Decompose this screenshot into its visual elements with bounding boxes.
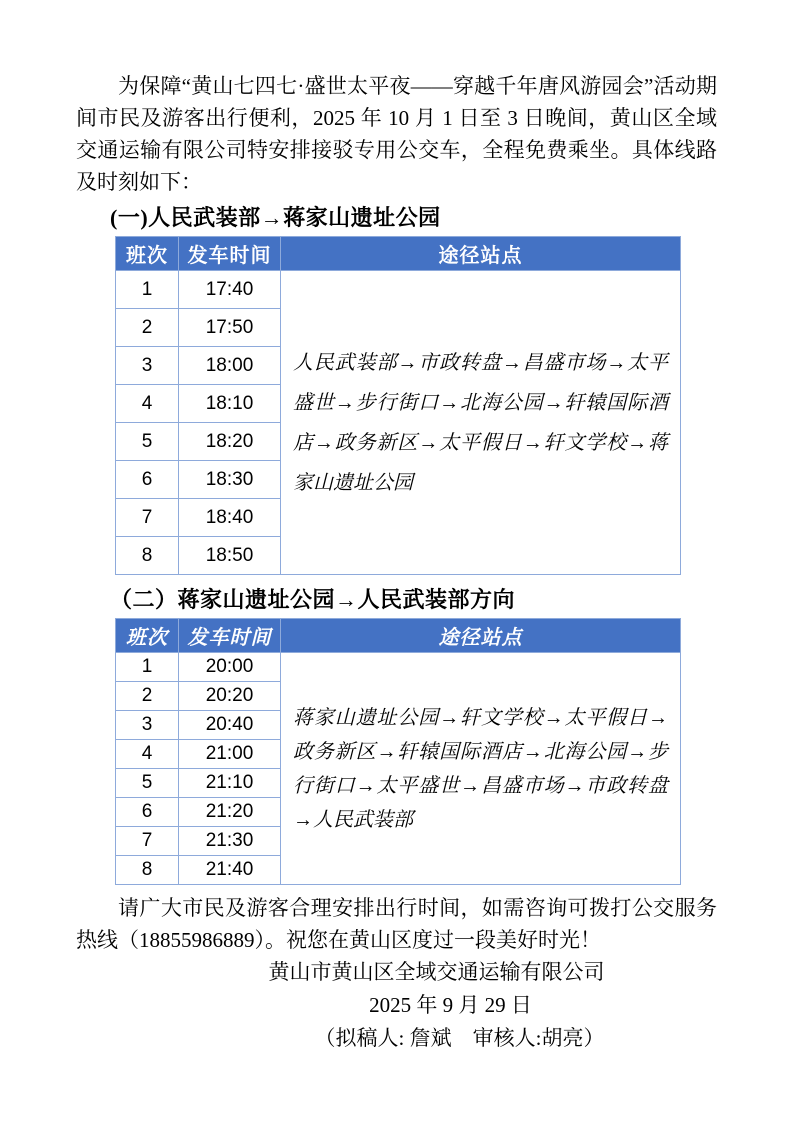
trip-number-cell: 6 bbox=[116, 798, 179, 827]
col-header: 班次 bbox=[116, 619, 179, 653]
departure-time-cell: 17:40 bbox=[179, 271, 281, 309]
trip-number-cell: 2 bbox=[116, 682, 179, 711]
col-header: 途径站点 bbox=[281, 619, 681, 653]
route-stops-cell: 人民武装部→市政转盘→昌盛市场→太平盛世→步行街口→北海公园→轩辕国际酒店→政务… bbox=[281, 271, 681, 575]
schedule-table-2: 班次发车时间途径站点120:00蒋家山遗址公园→轩文学校→太平假日→政务新区→轩… bbox=[115, 618, 681, 885]
departure-time-cell: 18:00 bbox=[179, 347, 281, 385]
departure-time-cell: 21:00 bbox=[179, 740, 281, 769]
departure-time-cell: 18:20 bbox=[179, 423, 281, 461]
intro-paragraph: 为保障“黄山七四七·盛世太平夜——穿越千年唐风游园会”活动期间市民及游客出行便利… bbox=[76, 70, 717, 198]
table-header-row: 班次发车时间途径站点 bbox=[116, 237, 681, 271]
signature-date: 2025 年 9 月 29 日 bbox=[76, 989, 717, 1022]
trip-number-cell: 7 bbox=[116, 827, 179, 856]
closing-paragraph: 请广大市民及游客合理安排出行时间，如需咨询可拨打公交服务热线（188559868… bbox=[76, 892, 717, 956]
col-header: 班次 bbox=[116, 237, 179, 271]
schedule-table-1: 班次发车时间途径站点117:40人民武装部→市政转盘→昌盛市场→太平盛世→步行街… bbox=[115, 236, 681, 575]
trip-number-cell: 8 bbox=[116, 537, 179, 575]
section-heading-2: （二）蒋家山遗址公园→人民武装部方向 bbox=[110, 583, 717, 614]
section-heading-1: (一)人民武装部→蒋家山遗址公园 bbox=[110, 201, 717, 232]
departure-time-cell: 17:50 bbox=[179, 309, 281, 347]
trip-number-cell: 4 bbox=[116, 740, 179, 769]
col-header: 发车时间 bbox=[179, 237, 281, 271]
col-header: 发车时间 bbox=[179, 619, 281, 653]
trip-number-cell: 3 bbox=[116, 347, 179, 385]
trip-number-cell: 5 bbox=[116, 423, 179, 461]
trip-number-cell: 1 bbox=[116, 271, 179, 309]
table-row: 117:40人民武装部→市政转盘→昌盛市场→太平盛世→步行街口→北海公园→轩辕国… bbox=[116, 271, 681, 309]
trip-number-cell: 2 bbox=[116, 309, 179, 347]
departure-time-cell: 21:10 bbox=[179, 769, 281, 798]
signature-drafter: （拟稿人: 詹斌 审核人:胡亮） bbox=[76, 1022, 717, 1055]
trip-number-cell: 8 bbox=[116, 856, 179, 885]
departure-time-cell: 20:40 bbox=[179, 711, 281, 740]
departure-time-cell: 21:20 bbox=[179, 798, 281, 827]
trip-number-cell: 1 bbox=[116, 653, 179, 682]
departure-time-cell: 21:40 bbox=[179, 856, 281, 885]
departure-time-cell: 18:50 bbox=[179, 537, 281, 575]
trip-number-cell: 4 bbox=[116, 385, 179, 423]
departure-time-cell: 18:30 bbox=[179, 461, 281, 499]
route-stops-cell: 蒋家山遗址公园→轩文学校→太平假日→政务新区→轩辕国际酒店→北海公园→步行街口→… bbox=[281, 653, 681, 885]
departure-time-cell: 21:30 bbox=[179, 827, 281, 856]
trip-number-cell: 5 bbox=[116, 769, 179, 798]
trip-number-cell: 3 bbox=[116, 711, 179, 740]
table-header-row: 班次发车时间途径站点 bbox=[116, 619, 681, 653]
col-header: 途径站点 bbox=[281, 237, 681, 271]
departure-time-cell: 20:00 bbox=[179, 653, 281, 682]
signature-company: 黄山市黄山区全域交通运输有限公司 bbox=[76, 956, 717, 989]
departure-time-cell: 18:10 bbox=[179, 385, 281, 423]
document-page: 为保障“黄山七四七·盛世太平夜——穿越千年唐风游园会”活动期间市民及游客出行便利… bbox=[0, 0, 793, 1122]
departure-time-cell: 18:40 bbox=[179, 499, 281, 537]
departure-time-cell: 20:20 bbox=[179, 682, 281, 711]
schedule-sections: (一)人民武装部→蒋家山遗址公园班次发车时间途径站点117:40人民武装部→市政… bbox=[76, 201, 717, 885]
table-row: 120:00蒋家山遗址公园→轩文学校→太平假日→政务新区→轩辕国际酒店→北海公园… bbox=[116, 653, 681, 682]
trip-number-cell: 6 bbox=[116, 461, 179, 499]
trip-number-cell: 7 bbox=[116, 499, 179, 537]
